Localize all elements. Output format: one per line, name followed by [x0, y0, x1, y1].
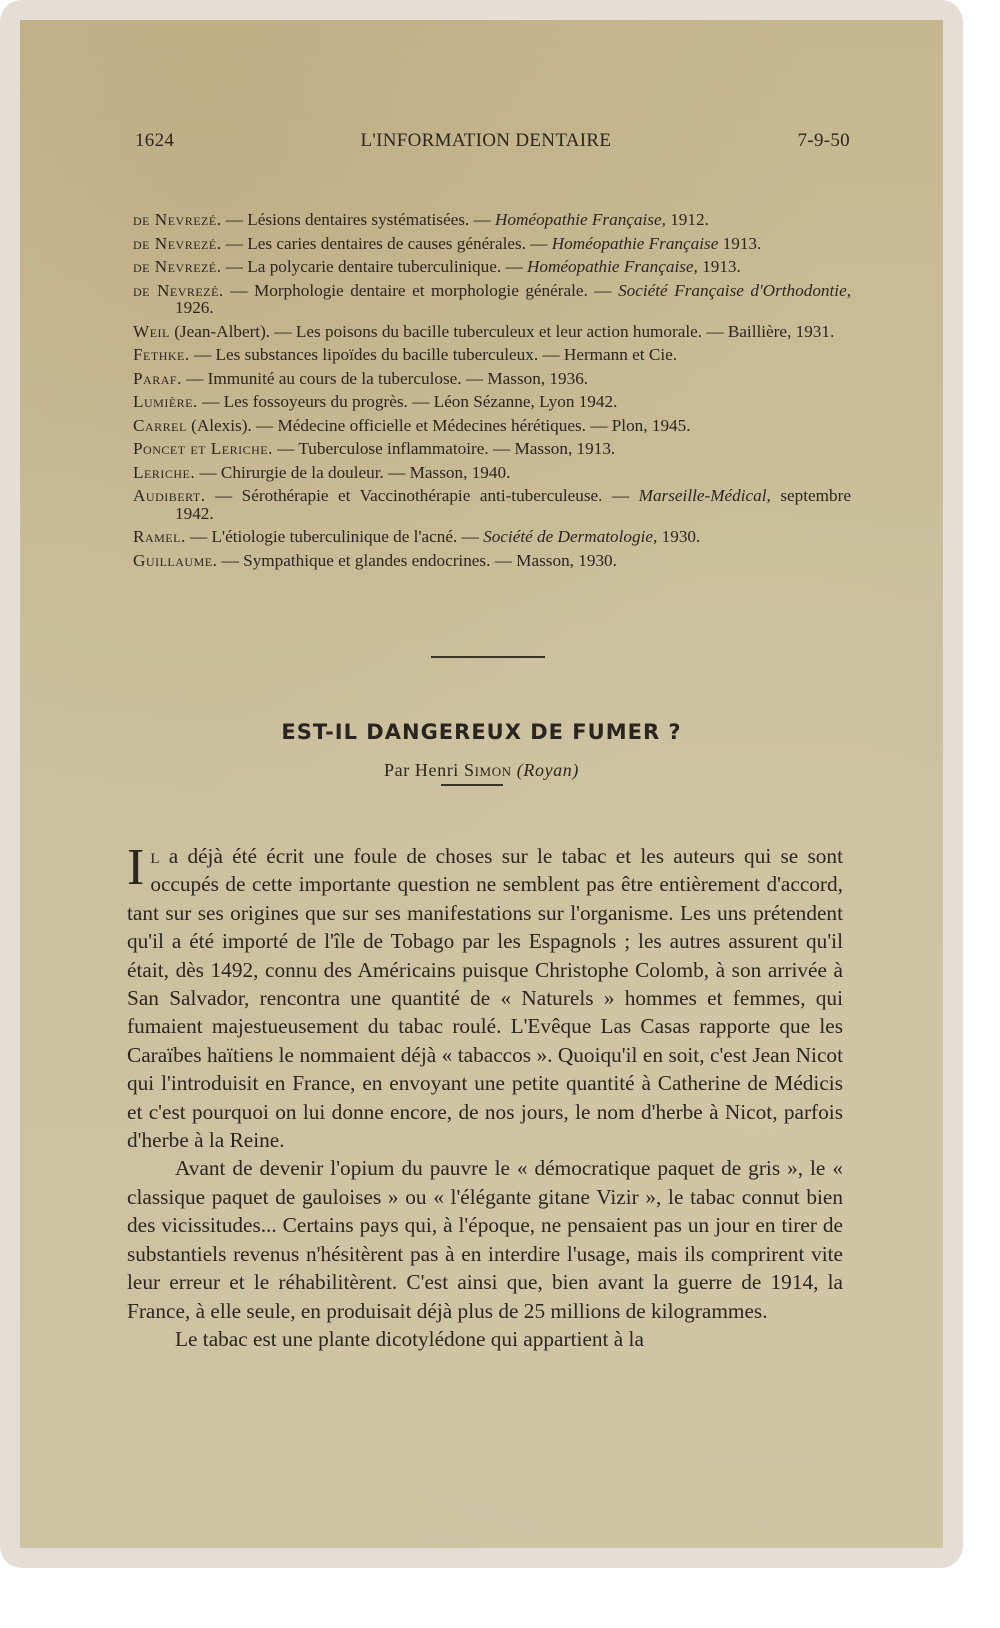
reference-publication: Homéopathie Française,	[527, 257, 698, 276]
paragraph: Avant de devenir l'opium du pauvre le « …	[127, 1154, 843, 1324]
reference-title: — Sérothérapie et Vaccinothérapie anti-t…	[206, 486, 639, 505]
reference-title: — Morphologie dentaire et morphologie gé…	[224, 281, 618, 300]
bibliography-list: de Nevrezé. — Lésions dentaires systémat…	[133, 211, 851, 575]
reference-author: Lumière.	[133, 392, 198, 411]
reference-title: — Chirurgie de la douleur. — Masson, 194…	[195, 463, 510, 482]
reference-item: Weil (Jean-Albert). — Les poisons du bac…	[133, 323, 851, 341]
reference-author: Poncet et Leriche.	[133, 439, 273, 458]
byline-prefix: Par Henri	[384, 760, 464, 780]
reference-title: — La polycarie dentaire tuberculinique. …	[222, 257, 527, 276]
reference-author: Guillaume.	[133, 551, 217, 570]
viewer-frame: 1624 L'INFORMATION DENTAIRE 7-9-50 de Ne…	[0, 0, 963, 1568]
reference-item: Audibert. — Sérothérapie et Vaccinothéra…	[133, 487, 851, 522]
reference-title: — Tuberculose inflammatoire. — Masson, 1…	[273, 439, 615, 458]
reference-publication: Marseille-Médical,	[639, 486, 771, 505]
running-header: 1624 L'INFORMATION DENTAIRE 7-9-50	[135, 130, 850, 152]
reference-item: Ramel. — L'étiologie tuberculinique de l…	[133, 528, 851, 546]
reference-title: — Les caries dentaires de causes général…	[222, 234, 552, 253]
reference-author: Paraf.	[133, 369, 182, 388]
reference-author: de Nevrezé.	[133, 210, 222, 229]
reference-title: — Les substances lipoïdes du bacille tub…	[190, 345, 677, 364]
reference-year: 1912.	[666, 210, 709, 229]
section-divider	[431, 656, 545, 658]
reference-item: Fethke. — Les substances lipoïdes du bac…	[133, 346, 851, 364]
reference-item: de Nevrezé. — La polycarie dentaire tube…	[133, 258, 851, 276]
scanned-page: 1624 L'INFORMATION DENTAIRE 7-9-50 de Ne…	[20, 20, 943, 1548]
reference-item: de Nevrezé. — Lésions dentaires systémat…	[133, 211, 851, 229]
reference-item: Lumière. — Les fossoyeurs du progrès. — …	[133, 393, 851, 411]
reference-year: 1913.	[698, 257, 741, 276]
reference-title: — L'étiologie tuberculinique de l'acné. …	[186, 527, 483, 546]
paragraph: Le tabac est une plante dicotylédone qui…	[127, 1325, 843, 1353]
reference-title: — Immunité au cours de la tuberculose. —…	[182, 369, 588, 388]
page-number: 1624	[135, 130, 174, 152]
reference-title: — Les fossoyeurs du progrès. — Léon Séza…	[198, 392, 618, 411]
reference-item: Guillaume. — Sympathique et glandes endo…	[133, 552, 851, 570]
journal-title: L'INFORMATION DENTAIRE	[361, 130, 612, 152]
reference-publication: Société de Dermatologie,	[483, 527, 657, 546]
reference-title: (Jean-Albert). — Les poisons du bacille …	[170, 322, 834, 341]
reference-author: de Nevrezé.	[133, 281, 224, 300]
reference-author: Audibert.	[133, 486, 206, 505]
article-byline: Par Henri Simon (Royan)	[20, 760, 943, 781]
reference-author: Carrel	[133, 416, 187, 435]
reference-author: de Nevrezé.	[133, 257, 222, 276]
reference-publication: Homéopathie Française,	[495, 210, 666, 229]
issue-date: 7-9-50	[798, 130, 850, 152]
reference-year: 1913.	[718, 234, 761, 253]
reference-item: Paraf. — Immunité au cours de la tubercu…	[133, 370, 851, 388]
reference-title: (Alexis). — Médecine officielle et Médec…	[187, 416, 691, 435]
reference-author: Leriche.	[133, 463, 195, 482]
article-body: Il a déjà été écrit une foule de choses …	[127, 842, 843, 1353]
reference-title: — Lésions dentaires systématisées. —	[222, 210, 496, 229]
drop-cap: I	[127, 846, 144, 890]
reference-publication: Homéopathie Française	[552, 234, 719, 253]
reference-item: Poncet et Leriche. — Tuberculose inflamm…	[133, 440, 851, 458]
byline-location: (Royan)	[517, 760, 579, 780]
reference-item: de Nevrezé. — Morphologie dentaire et mo…	[133, 282, 851, 317]
paragraph-text: a déjà été écrit une foule de choses sur…	[127, 844, 843, 1152]
reference-item: de Nevrezé. — Les caries dentaires de ca…	[133, 235, 851, 253]
reference-publication: Société Française d'Orthodontie,	[618, 281, 851, 300]
article-title: EST-IL DANGEREUX DE FUMER ?	[20, 720, 943, 744]
reference-year: 1930.	[657, 527, 700, 546]
reference-item: Carrel (Alexis). — Médecine officielle e…	[133, 417, 851, 435]
reference-author: Weil	[133, 322, 170, 341]
reference-year: 1926.	[175, 298, 214, 317]
reference-title: — Sympathique et glandes endocrines. — M…	[217, 551, 617, 570]
lead-in: l	[150, 844, 159, 868]
reference-author: de Nevrezé.	[133, 234, 222, 253]
reference-author: Ramel.	[133, 527, 186, 546]
reference-author: Fethke.	[133, 345, 190, 364]
byline-surname: Simon	[464, 760, 512, 780]
title-divider	[441, 784, 503, 786]
reference-item: Leriche. — Chirurgie de la douleur. — Ma…	[133, 464, 851, 482]
paragraph: Il a déjà été écrit une foule de choses …	[127, 842, 843, 1154]
